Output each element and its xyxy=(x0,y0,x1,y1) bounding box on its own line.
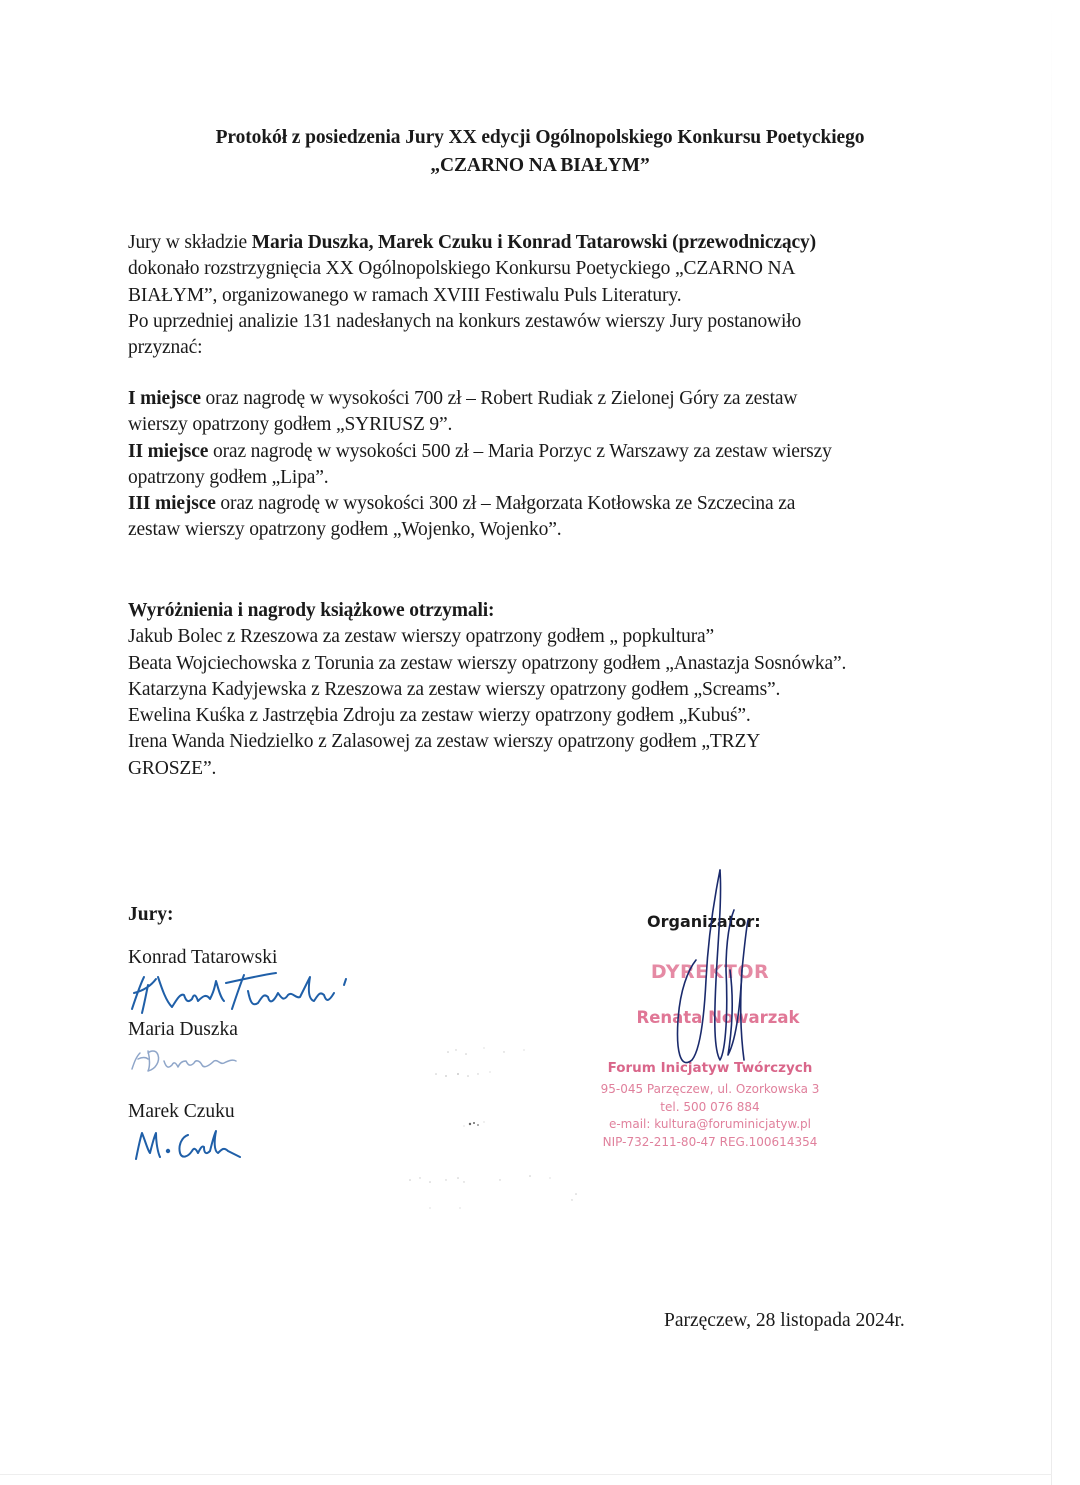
intro-paragraph: Jury w składzie Maria Duszka, Marek Czuk… xyxy=(128,230,918,361)
award-text: oraz nagrodę w wysokości 700 zł – Robert… xyxy=(201,388,797,409)
signature-tatarowski xyxy=(128,971,368,1017)
intro-line-3: BIAŁYM”, organizowanego w ramach XVIII F… xyxy=(128,283,918,309)
award-third-place: III miejsce oraz nagrodę w wysokości 300… xyxy=(128,491,918,544)
document-title: Protokół z posiedzenia Jury XX edycji Og… xyxy=(0,124,1080,180)
organizer-section: Organizator: DYREKTOR Renata Nowarzak Fo… xyxy=(580,860,880,1160)
jury-label: Jury: xyxy=(128,902,368,928)
stamp-title: DYREKTOR xyxy=(560,961,860,983)
honours-item: Jakub Bolec z Rzeszowa za zestaw wierszy… xyxy=(128,624,948,650)
award-second-place: II miejsce oraz nagrodę w wysokości 500 … xyxy=(128,439,918,492)
place-and-date: Parzęczew, 28 listopada 2024r. xyxy=(664,1308,905,1334)
award-place: II miejsce xyxy=(128,441,208,462)
stamp-director-name: Renata Nowarzak xyxy=(568,1008,868,1027)
honours-item: GROSZE”. xyxy=(128,756,948,782)
honours-item: Katarzyna Kadyjewska z Rzeszowa za zesta… xyxy=(128,677,948,703)
honours-section: Wyróżnienia i nagrody książkowe otrzymal… xyxy=(128,598,948,782)
signature-duszka xyxy=(128,1043,368,1077)
award-text: oraz nagrodę w wysokości 500 zł – Maria … xyxy=(208,441,831,462)
intro-line-2: dokonało rozstrzygnięcia XX Ogólnopolski… xyxy=(128,256,918,282)
award-line: II miejsce oraz nagrodę w wysokości 500 … xyxy=(128,439,918,465)
stamp-organization: Forum Inicjatyw Twórczych xyxy=(560,1060,860,1076)
honours-item: Irena Wanda Niedzielko z Zalasowej za ze… xyxy=(128,729,948,755)
scan-artifacts xyxy=(400,1030,600,1220)
stamp-nip-regon: NIP-732-211-80-47 REG.100614354 xyxy=(560,1135,860,1149)
stamp-email: e-mail: kultura@foruminicjatyw.pl xyxy=(560,1117,860,1131)
organizer-label: Organizator: xyxy=(647,912,761,931)
jury-member-name: Maria Duszka xyxy=(128,1017,368,1043)
honours-item: Ewelina Kuśka z Jastrzębia Zdroju za zes… xyxy=(128,703,948,729)
award-line: III miejsce oraz nagrodę w wysokości 300… xyxy=(128,491,918,517)
title-line-1: Protokół z posiedzenia Jury XX edycji Og… xyxy=(0,124,1080,152)
intro-text: Jury w składzie xyxy=(128,232,252,253)
award-line: opatrzony godłem „Lipa”. xyxy=(128,465,918,491)
award-text: oraz nagrodę w wysokości 300 zł – Małgor… xyxy=(216,493,796,514)
jury-signatures: Jury: Konrad Tatarowski Maria Duszka Mar… xyxy=(128,902,368,1165)
award-place: I miejsce xyxy=(128,388,201,409)
honours-item: Beata Wojciechowska z Torunia za zestaw … xyxy=(128,651,948,677)
stamp-address: 95-045 Parzęczew, ul. Ozorkowska 3 xyxy=(560,1082,860,1096)
award-first-place: I miejsce oraz nagrodę w wysokości 700 z… xyxy=(128,386,918,439)
intro-line-1: Jury w składzie Maria Duszka, Marek Czuk… xyxy=(128,230,918,256)
signature-czuku xyxy=(128,1125,368,1165)
intro-line-5: przyznać: xyxy=(128,335,918,361)
page-edge xyxy=(0,1474,1052,1475)
awards-list: I miejsce oraz nagrodę w wysokości 700 z… xyxy=(128,386,918,544)
award-line: wierszy opatrzony godłem „SYRIUSZ 9”. xyxy=(128,412,918,438)
page-edge xyxy=(1051,0,1052,1485)
intro-line-4: Po uprzedniej analizie 131 nadesłanych n… xyxy=(128,309,918,335)
award-place: III miejsce xyxy=(128,493,216,514)
award-line: I miejsce oraz nagrodę w wysokości 700 z… xyxy=(128,386,918,412)
jury-member-name: Marek Czuku xyxy=(128,1099,368,1125)
honours-heading: Wyróżnienia i nagrody książkowe otrzymal… xyxy=(128,598,948,624)
jury-member-name: Konrad Tatarowski xyxy=(128,945,368,971)
stamp-phone: tel. 500 076 884 xyxy=(560,1100,860,1114)
title-line-2: „CZARNO NA BIAŁYM” xyxy=(0,152,1080,180)
jury-members-bold: Maria Duszka, Marek Czuku i Konrad Tatar… xyxy=(252,232,816,253)
award-line: zestaw wierszy opatrzony godłem „Wojenko… xyxy=(128,517,918,543)
